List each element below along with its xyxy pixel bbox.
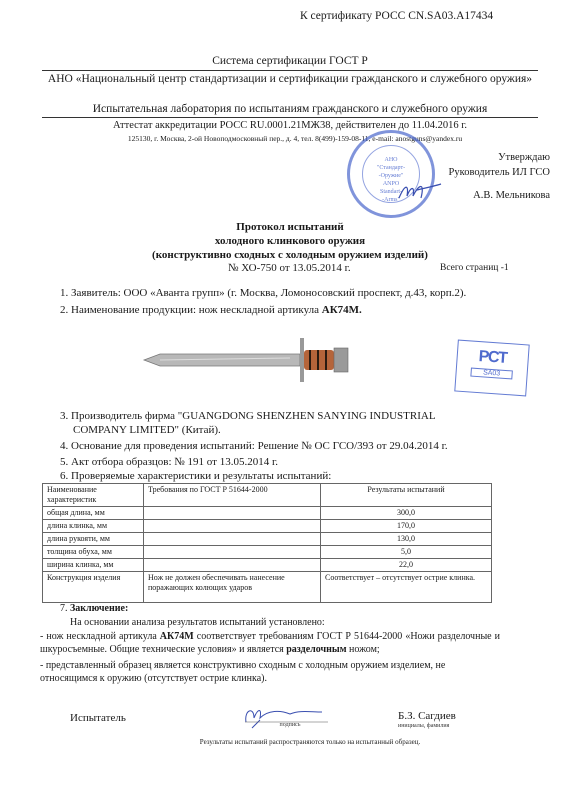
certification-system: Система сертификации ГОСТ Р xyxy=(40,55,540,67)
conclusion-intro: На основании анализа результатов испытан… xyxy=(70,616,530,629)
table-header-row: Наименование характеристик Требования по… xyxy=(43,484,492,507)
signature-caption: подпись xyxy=(250,722,330,728)
cell-name: длина клинка, мм xyxy=(43,520,144,533)
organization-name: АНО «Национальный центр стандартизации и… xyxy=(40,72,540,86)
name-caption: инициалы, фамилия xyxy=(398,723,449,729)
product-name: 2. Наименование продукции: нож нескладно… xyxy=(60,304,362,316)
cell-requirement xyxy=(144,559,321,572)
conclusion-point-2: - представленный образец является констр… xyxy=(40,659,490,685)
divider xyxy=(42,70,538,71)
laboratory-name: Испытательная лаборатория по испытаниям … xyxy=(40,103,540,115)
test-basis: 4. Основание для проведения испытаний: Р… xyxy=(60,440,448,452)
table-row: Конструкция изделия Нож не должен обеспе… xyxy=(43,572,492,603)
checked-characteristics: 6. Проверяемые характеристики и результа… xyxy=(60,470,331,482)
divider xyxy=(42,117,538,118)
table-row: толщина обуха, мм 5,0 xyxy=(43,546,492,559)
table-row: длина клинка, мм 170,0 xyxy=(43,520,492,533)
approval-position: Руководитель ИЛ ГСО xyxy=(420,167,550,178)
knife-image xyxy=(140,330,350,390)
cell-name: ширина клинка, мм xyxy=(43,559,144,572)
certification-mark: РСТ SA03 xyxy=(454,340,529,397)
tester-name: Б.З. Сагдиев xyxy=(398,710,456,722)
protocol-number: № ХО-750 от 13.05.2014 г. xyxy=(228,262,351,274)
manufacturer: 3. Производитель фирма "GUANGDONG SHENZH… xyxy=(60,410,436,422)
seal-text: АНО xyxy=(363,156,419,164)
seal-text: "Стандарт- xyxy=(363,164,419,172)
cell-requirement xyxy=(144,520,321,533)
cell-result: 130,0 xyxy=(321,533,492,546)
cell-result: 22,0 xyxy=(321,559,492,572)
cell-result: 300,0 xyxy=(321,507,492,520)
contact-address: 125130, г. Москва, 2-ой Новоподмосковный… xyxy=(55,134,535,143)
results-table: Наименование характеристик Требования по… xyxy=(42,483,492,603)
header-cell: Результаты испытаний xyxy=(321,484,492,507)
conclusion-number: 7. xyxy=(60,603,70,614)
cell-requirement xyxy=(144,546,321,559)
protocol-subtitle: (конструктивно сходных с холодным оружие… xyxy=(60,248,520,262)
cell-requirement xyxy=(144,533,321,546)
protocol-title: Протокол испытаний xyxy=(140,220,440,234)
rst-logo-icon: РСТ xyxy=(457,347,528,370)
certificate-reference: К сертификату РОСС CN.SA03.A17434 xyxy=(300,10,560,22)
page-count: Всего страниц -1 xyxy=(440,263,509,273)
approver-name: А.В. Мельникова xyxy=(420,190,550,201)
emphasis: разделочным xyxy=(286,644,346,655)
cell-result: 5,0 xyxy=(321,546,492,559)
protocol-subtitle: холодного клинкового оружия xyxy=(100,234,480,248)
sampling-act: 5. Акт отбора образцов: № 191 от 13.05.2… xyxy=(60,456,278,468)
text: - нож нескладной артикула xyxy=(40,631,160,642)
table-row: длина рукояти, мм 130,0 xyxy=(43,533,492,546)
text: ножом; xyxy=(347,644,380,655)
tester-label: Испытатель xyxy=(70,712,126,724)
cell-name: общая длина, мм xyxy=(43,507,144,520)
cell-requirement: Нож не должен обеспечивать нанесение пор… xyxy=(144,572,321,603)
certification-mark-code: SA03 xyxy=(470,368,513,380)
manufacturer-cont: COMPANY LIMITED" (Китай). xyxy=(73,424,221,436)
conclusion-heading: 7. Заключение: xyxy=(60,602,520,615)
cell-name: длина рукояти, мм xyxy=(43,533,144,546)
cell-name: Конструкция изделия xyxy=(43,572,144,603)
table-row: ширина клинка, мм 22,0 xyxy=(43,559,492,572)
conclusion-title: Заключение: xyxy=(70,603,128,614)
cell-name: толщина обуха, мм xyxy=(43,546,144,559)
table-row: общая длина, мм 300,0 xyxy=(43,507,492,520)
accreditation: Аттестат аккредитации РОСС RU.0001.21МЖ3… xyxy=(40,120,540,131)
disclaimer: Результаты испытаний распространяются то… xyxy=(140,738,480,746)
header-cell: Наименование характеристик xyxy=(43,484,144,507)
applicant: 1. Заявитель: ООО «Аванта групп» (г. Мос… xyxy=(60,287,466,299)
product-code: АК74М. xyxy=(322,304,362,316)
cell-result: Соответствует – отсутствует острие клинк… xyxy=(321,572,492,603)
product-code: АК74М xyxy=(160,631,194,642)
product-label: 2. Наименование продукции: нож нескладно… xyxy=(60,304,322,316)
header-cell: Требования по ГОСТ Р 51644-2000 xyxy=(144,484,321,507)
cell-requirement xyxy=(144,507,321,520)
approval-label: Утверждаю xyxy=(420,152,550,163)
cell-result: 170,0 xyxy=(321,520,492,533)
conclusion-point-1: - нож нескладной артикула АК74М соответс… xyxy=(40,630,500,656)
